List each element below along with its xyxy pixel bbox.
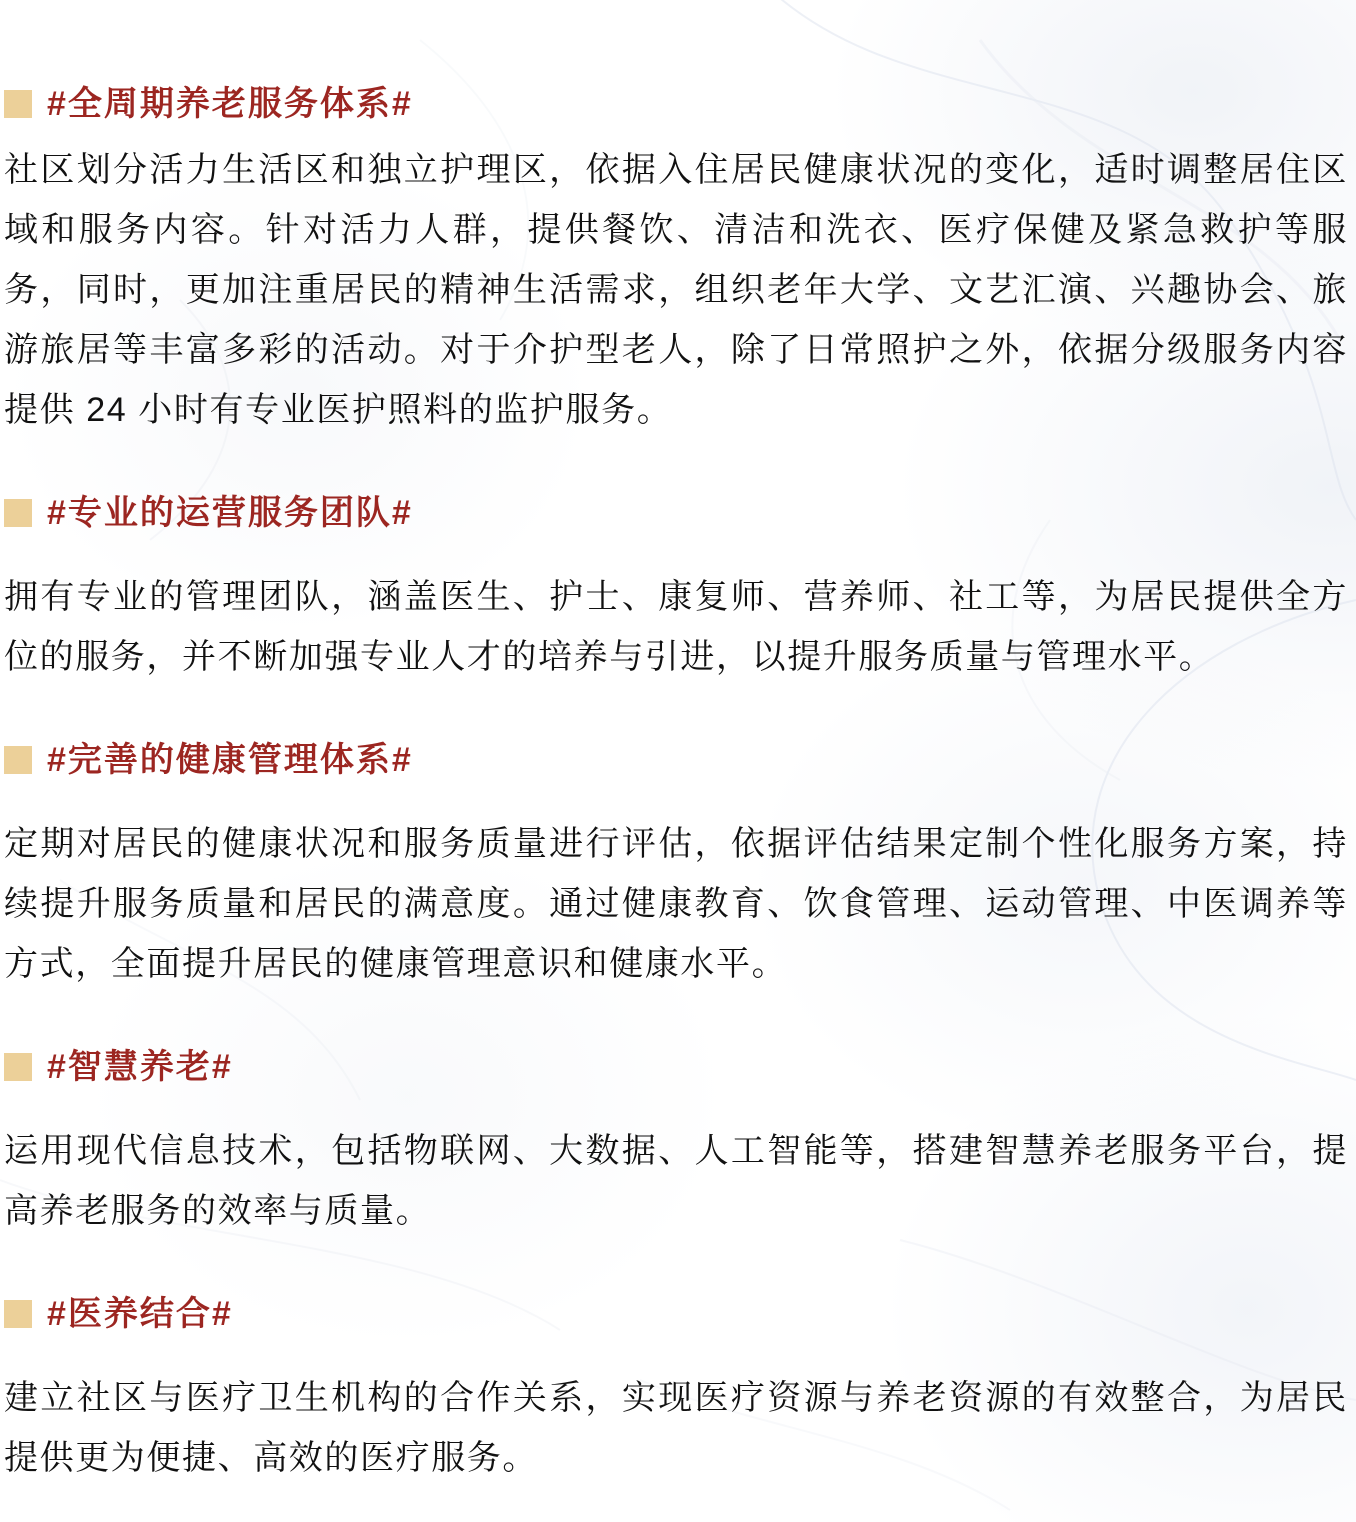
square-bullet-icon — [4, 499, 32, 527]
section-professional-operation-team: #专业的运营服务团队# 拥有专业的管理团队，涵盖医生、护士、康复师、营养师、社工… — [4, 493, 1348, 687]
section-heading: #全周期养老服务体系# — [4, 84, 1348, 124]
section-heading: #完善的健康管理体系# — [4, 740, 1348, 780]
section-smart-elderly-care: #智慧养老# 运用现代信息技术，包括物联网、大数据、人工智能等，搭建智慧养老服务… — [4, 1047, 1348, 1241]
section-heading-text: #医养结合# — [47, 1294, 233, 1334]
section-heading: #智慧养老# — [4, 1047, 1348, 1087]
section-body-text: 运用现代信息技术，包括物联网、大数据、人工智能等，搭建智慧养老服务平台，提高养老… — [4, 1121, 1348, 1241]
section-body-text: 定期对居民的健康状况和服务质量进行评估，依据评估结果定制个性化服务方案，持续提升… — [4, 814, 1348, 994]
section-body-text: 社区划分活力生活区和独立护理区，依据入住居民健康状况的变化，适时调整居住区域和服… — [4, 140, 1348, 440]
section-heading-text: #智慧养老# — [47, 1047, 233, 1087]
section-heading-text: #全周期养老服务体系# — [47, 84, 413, 124]
square-bullet-icon — [4, 1053, 32, 1081]
square-bullet-icon — [4, 90, 32, 118]
section-heading: #医养结合# — [4, 1294, 1348, 1334]
article-content: #全周期养老服务体系# 社区划分活力生活区和独立护理区，依据入住居民健康状况的变… — [0, 0, 1356, 1488]
section-full-cycle-elderly-care: #全周期养老服务体系# 社区划分活力生活区和独立护理区，依据入住居民健康状况的变… — [4, 84, 1348, 440]
section-medical-care-integration: #医养结合# 建立社区与医疗卫生机构的合作关系，实现医疗资源与养老资源的有效整合… — [4, 1294, 1348, 1488]
section-heading-text: #完善的健康管理体系# — [47, 740, 413, 780]
section-body-text: 建立社区与医疗卫生机构的合作关系，实现医疗资源与养老资源的有效整合，为居民提供更… — [4, 1368, 1348, 1488]
square-bullet-icon — [4, 746, 32, 774]
square-bullet-icon — [4, 1300, 32, 1328]
section-heading-text: #专业的运营服务团队# — [47, 493, 413, 533]
section-heading: #专业的运营服务团队# — [4, 493, 1348, 533]
section-body-text: 拥有专业的管理团队，涵盖医生、护士、康复师、营养师、社工等，为居民提供全方位的服… — [4, 567, 1348, 687]
section-health-management-system: #完善的健康管理体系# 定期对居民的健康状况和服务质量进行评估，依据评估结果定制… — [4, 740, 1348, 994]
